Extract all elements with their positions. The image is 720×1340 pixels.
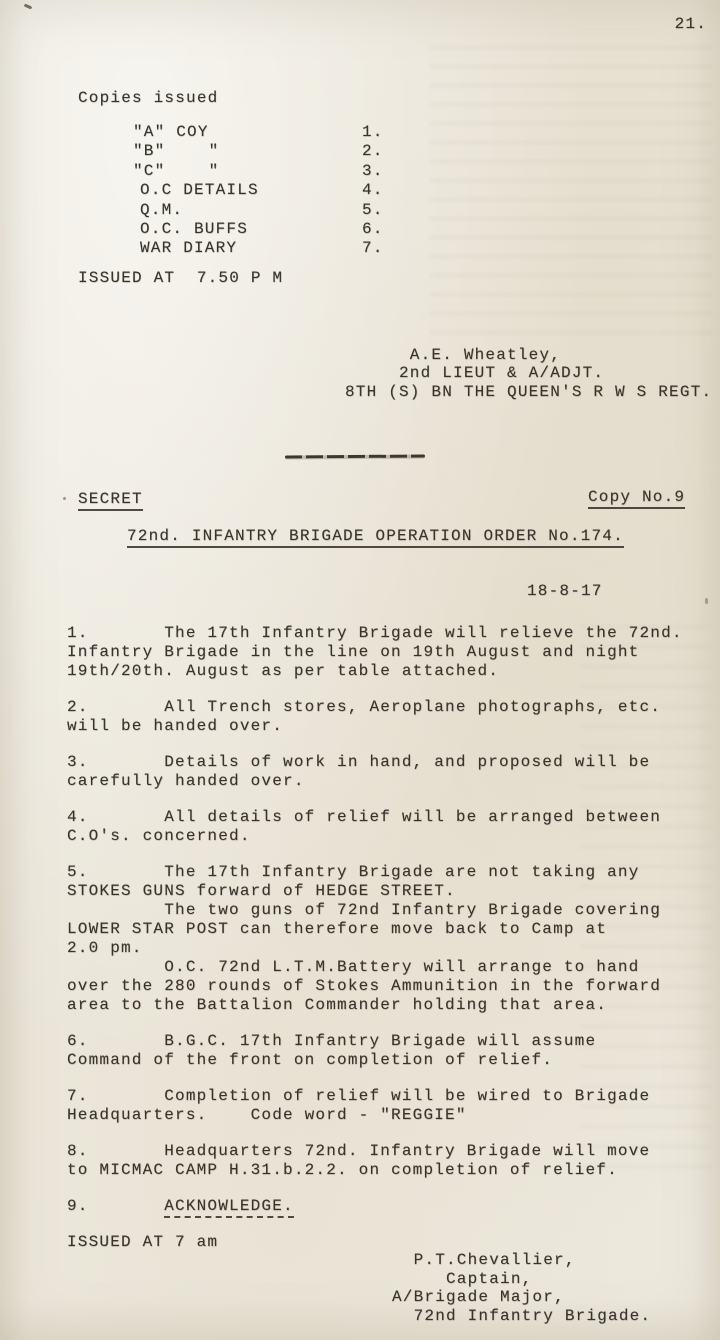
- signatory-rank: Captain,: [392, 1270, 651, 1289]
- paragraph-line: C.O's. concerned.: [67, 827, 715, 846]
- ink-speck: [63, 497, 66, 500]
- paragraph-line: Command of the front on completion of re…: [67, 1051, 715, 1070]
- paragraph-line: 2.0 pm.: [67, 939, 715, 958]
- paragraph-line: over the 280 rounds of Stokes Ammunition…: [67, 977, 715, 996]
- order-title: 72nd. INFANTRY BRIGADE OPERATION ORDER N…: [127, 527, 624, 545]
- order-paragraph: 7. Completion of relief will be wired to…: [67, 1087, 715, 1125]
- distribution-row: O.C. BUFFS6.: [133, 220, 384, 239]
- order-paragraph: 4. All details of relief will be arrange…: [67, 808, 715, 846]
- paragraph-line: 19th/20th. August as per table attached.: [67, 662, 715, 681]
- distribution-list: "A" COY1. "B" "2. "C" "3. O.C DETAILS4. …: [133, 123, 384, 259]
- paragraph-line: will be handed over.: [67, 717, 715, 736]
- paragraph-line: Headquarters. Code word - "REGGIE": [67, 1106, 715, 1125]
- paragraph-line: 4. All details of relief will be arrange…: [67, 808, 715, 827]
- paragraph-line: Infantry Brigade in the line on 19th Aug…: [67, 643, 715, 662]
- paragraph-line: 1. The 17th Infantry Brigade will reliev…: [67, 624, 715, 643]
- order-paragraph: 1. The 17th Infantry Brigade will reliev…: [67, 624, 715, 681]
- paragraph-line: 3. Details of work in hand, and proposed…: [67, 753, 715, 772]
- distribution-copy-number: 5.: [362, 201, 384, 220]
- distribution-label: WAR DIARY: [133, 239, 362, 258]
- signature-block-brigade-major: P.T.Chevallier, Captain, A/Brigade Major…: [392, 1251, 651, 1326]
- copy-number-label: Copy No.9: [588, 488, 685, 506]
- distribution-label: "B" ": [133, 142, 362, 161]
- paragraph-line: The two guns of 72nd Infantry Brigade co…: [67, 901, 715, 920]
- copies-issued-heading: Copies issued: [78, 89, 218, 108]
- acknowledge-text: ACKNOWLEDGE.: [164, 1197, 294, 1218]
- distribution-label: O.C. BUFFS: [133, 220, 362, 239]
- paragraph-number: 9.: [67, 1197, 164, 1215]
- paragraph-line: 9. ACKNOWLEDGE.: [67, 1197, 715, 1216]
- distribution-row: WAR DIARY7.: [133, 239, 384, 258]
- document-page: 21. Copies issued "A" COY1. "B" "2. "C" …: [0, 0, 720, 1340]
- distribution-copy-number: 3.: [362, 162, 384, 181]
- page-number: 21.: [675, 15, 707, 33]
- ink-speck: [24, 4, 33, 10]
- distribution-row: "C" "3.: [133, 162, 384, 181]
- paragraph-line: 8. Headquarters 72nd. Infantry Brigade w…: [67, 1142, 715, 1161]
- paragraph-line: 7. Completion of relief will be wired to…: [67, 1087, 715, 1106]
- signatory-name: P.T.Chevallier,: [392, 1251, 651, 1270]
- order-paragraph: 8. Headquarters 72nd. Infantry Brigade w…: [67, 1142, 715, 1180]
- distribution-label: "A" COY: [133, 123, 362, 142]
- signatory-appointment: A/Brigade Major,: [392, 1288, 651, 1307]
- section-divider-line: [285, 455, 425, 459]
- order-body: 1. The 17th Infantry Brigade will reliev…: [67, 624, 715, 1252]
- order-date: 18-8-17: [527, 582, 603, 600]
- signature-block-adjutant: A.E. Wheatley, 2nd LIEUT & A/ADJT. 8TH (…: [345, 346, 712, 401]
- paragraph-line: to MICMAC CAMP H.31.b.2.2. on completion…: [67, 1161, 715, 1180]
- classification-label: SECRET: [78, 490, 143, 508]
- paragraph-line: LOWER STAR POST can therefore move back …: [67, 920, 715, 939]
- distribution-copy-number: 1.: [362, 123, 384, 142]
- signatory-unit: 8TH (S) BN THE QUEEN'S R W S REGT.: [345, 383, 712, 401]
- distribution-row: "B" "2.: [133, 142, 384, 161]
- paragraph-line: 6. B.G.C. 17th Infantry Brigade will ass…: [67, 1032, 715, 1051]
- distribution-copy-number: 7.: [362, 239, 384, 258]
- distribution-copy-number: 6.: [362, 220, 384, 239]
- order-paragraph: 5. The 17th Infantry Brigade are not tak…: [67, 863, 715, 1015]
- order-paragraph: 3. Details of work in hand, and proposed…: [67, 753, 715, 791]
- distribution-row: O.C DETAILS4.: [133, 181, 384, 200]
- bleedthrough-ghost: [430, 45, 712, 345]
- distribution-row: "A" COY1.: [133, 123, 384, 142]
- paragraph-line: area to the Battalion Commander holding …: [67, 996, 715, 1015]
- distribution-row: Q.M.5.: [133, 201, 384, 220]
- issued-at-evening: ISSUED AT 7.50 P M: [78, 269, 283, 288]
- paragraph-line: 5. The 17th Infantry Brigade are not tak…: [67, 863, 715, 882]
- order-paragraph: 9. ACKNOWLEDGE.: [67, 1197, 715, 1216]
- distribution-label: Q.M.: [133, 201, 362, 220]
- signatory-name: A.E. Wheatley,: [345, 346, 712, 364]
- signatory-unit: 72nd Infantry Brigade.: [392, 1307, 651, 1326]
- signatory-rank: 2nd LIEUT & A/ADJT.: [345, 364, 712, 382]
- distribution-copy-number: 2.: [362, 142, 384, 161]
- order-paragraph: 2. All Trench stores, Aeroplane photogra…: [67, 698, 715, 736]
- paragraph-line: STOKES GUNS forward of HEDGE STREET.: [67, 882, 715, 901]
- order-paragraph: 6. B.G.C. 17th Infantry Brigade will ass…: [67, 1032, 715, 1070]
- issued-at-morning: ISSUED AT 7 am: [67, 1233, 715, 1252]
- ink-speck: [705, 598, 708, 604]
- paragraph-line: 2. All Trench stores, Aeroplane photogra…: [67, 698, 715, 717]
- distribution-label: O.C DETAILS: [133, 181, 362, 200]
- paragraph-line: carefully handed over.: [67, 772, 715, 791]
- distribution-copy-number: 4.: [362, 181, 384, 200]
- paragraph-line: O.C. 72nd L.T.M.Battery will arrange to …: [67, 958, 715, 977]
- distribution-label: "C" ": [133, 162, 362, 181]
